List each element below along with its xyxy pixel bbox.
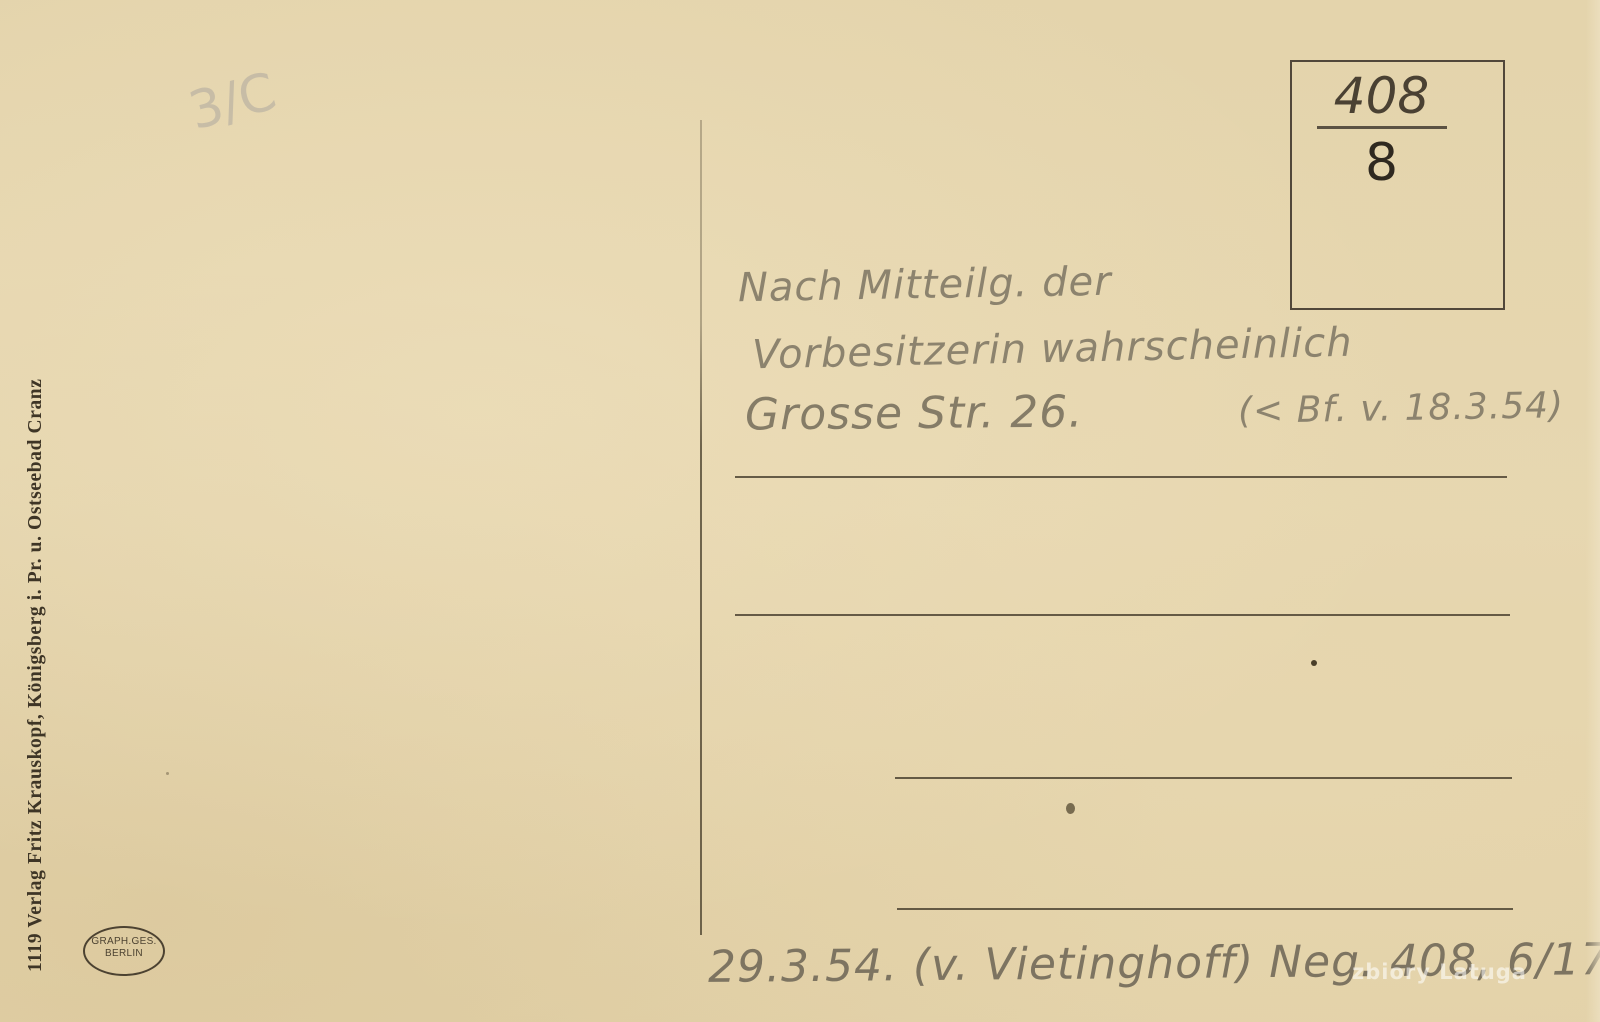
handwritten-note-reference: (< Bf. v. 18.3.54) <box>1238 385 1565 432</box>
address-line-3 <box>895 777 1512 779</box>
archive-number-numerator: 408 <box>1314 66 1449 126</box>
handwritten-note-line-1: Nach Mitteilg. der <box>738 259 1112 312</box>
center-divider-line <box>700 120 702 935</box>
handwritten-note-line-2: Vorbesitzerin wahrscheinlich <box>752 320 1353 379</box>
publisher-imprint: 1119 Verlag Fritz Krauskopf, Königsberg … <box>10 92 42 972</box>
address-line-2 <box>735 614 1510 616</box>
ink-speck <box>1066 803 1075 814</box>
ink-speck <box>1311 660 1317 666</box>
address-line-4 <box>897 908 1513 910</box>
ink-speck <box>166 772 169 775</box>
printer-oval-stamp: GRAPH.GES. BERLIN <box>83 926 165 976</box>
postcard-back: 1119 Verlag Fritz Krauskopf, Königsberg … <box>0 0 1600 1022</box>
address-line-1 <box>735 476 1507 478</box>
watermark: zbiory Latuga <box>1352 960 1527 984</box>
handwritten-note-line-3: Grosse Str. 26. <box>745 387 1084 441</box>
printer-stamp-line1: GRAPH.GES. <box>85 936 163 948</box>
publisher-imprint-text: 1119 Verlag Fritz Krauskopf, Königsberg … <box>26 378 46 972</box>
archive-number: 408 8 <box>1314 66 1449 193</box>
pencil-mark: 3/C <box>183 48 349 200</box>
stamp-box: 408 8 <box>1290 60 1505 310</box>
fraction-bar <box>1317 126 1447 129</box>
printer-stamp-line2: BERLIN <box>85 948 163 960</box>
card-edge <box>1586 0 1600 1022</box>
archive-number-denominator: 8 <box>1314 133 1449 193</box>
